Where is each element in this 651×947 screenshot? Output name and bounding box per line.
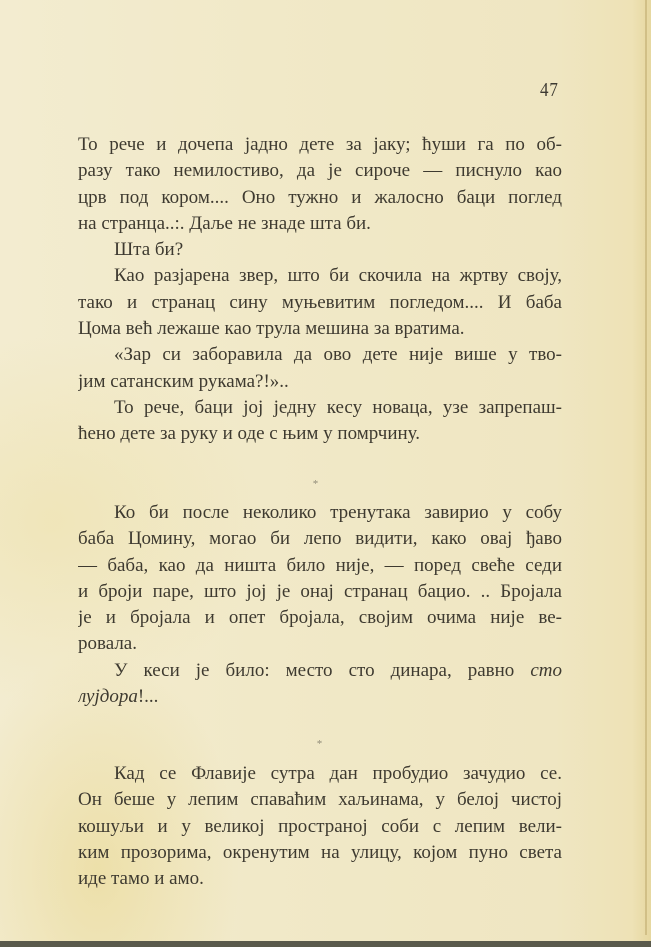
paragraph-block-3: Кад се Флавије сутра дан пробудио зачуди… bbox=[78, 761, 562, 892]
page-number: 47 bbox=[540, 79, 559, 102]
text-line: је и бројала и опет бројала, својим очим… bbox=[78, 605, 562, 631]
text-line: ћено дете за руку и оде с њим у помрчину… bbox=[78, 421, 562, 447]
text-line: кошуљи и у великој пространој соби с леп… bbox=[78, 814, 562, 840]
text-line: То рече и дочепа јадно дете за јаку; ћуш… bbox=[78, 132, 562, 158]
text-line: Као разјарена звер, што би скочила на жр… bbox=[78, 263, 562, 289]
text-line: црв под кором.... Оно тужно и жалосно ба… bbox=[78, 185, 562, 211]
text-line: Шта би? bbox=[78, 237, 562, 263]
paragraph-block-2: Ко би после неколико тренутака завирио у… bbox=[78, 500, 562, 710]
text-line: јим сатанским рукама?!».. bbox=[78, 369, 562, 395]
text-line: Ко би после неколико тренутака завирио у… bbox=[78, 500, 562, 526]
text-line: тако и странац сину муњевитим погледом..… bbox=[78, 290, 562, 316]
paragraph-block-1: То рече и дочепа јадно дете за јаку; ћуш… bbox=[78, 132, 562, 448]
text-line: «Зар си заборавила да ово дете није више… bbox=[78, 342, 562, 368]
text-line: иде тамо и амо. bbox=[78, 866, 562, 892]
text-line: разу тако немилостиво, да је сироче — пи… bbox=[78, 158, 562, 184]
section-separator-asterisk: * bbox=[0, 478, 641, 490]
text-line: Кад се Флавије сутра дан пробудио зачуди… bbox=[78, 761, 562, 787]
text-line: баба Цомину, могао би лепо видити, како … bbox=[78, 526, 562, 552]
scan-bottom-border bbox=[0, 941, 651, 947]
text-line: на странца..:. Даље не знаде шта би. bbox=[78, 211, 562, 237]
scanned-book-page: 47 То рече и дочепа јадно дете за јаку; … bbox=[0, 0, 651, 947]
section-separator-asterisk: * bbox=[0, 738, 645, 750]
text-line: То рече, баци јој једну кесу новаца, узе… bbox=[78, 395, 562, 421]
text-line: ровала. bbox=[78, 631, 562, 657]
italic-word: луjдора bbox=[78, 686, 138, 707]
text-line: У кеси је било: место сто динара, равно … bbox=[78, 658, 562, 684]
text-line: Он беше у лепим спаваћим хаљинама, у бел… bbox=[78, 787, 562, 813]
text-line: ким прозорима, окренутим на улицу, којом… bbox=[78, 840, 562, 866]
text-line: — баба, као да ништа било није, — поред … bbox=[78, 553, 562, 579]
page-edge bbox=[645, 0, 647, 935]
italic-word: сто bbox=[530, 660, 562, 681]
text-line: и броји паре, што јој је онај странац ба… bbox=[78, 579, 562, 605]
text-line: луjдора!... bbox=[78, 684, 562, 710]
text-line: Цома већ лежаше као трула мешина за врат… bbox=[78, 316, 562, 342]
